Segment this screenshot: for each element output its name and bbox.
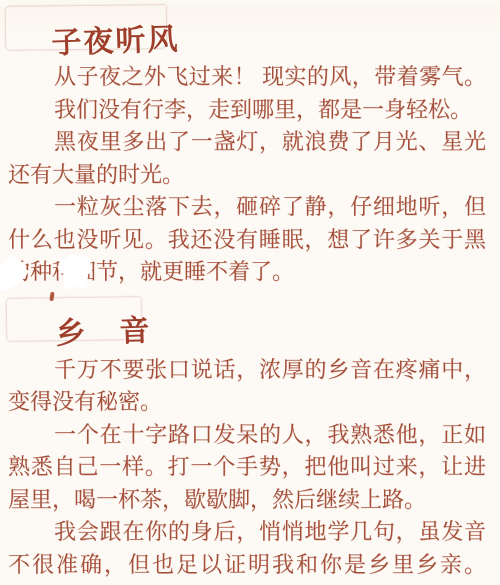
section-title: 乡 音 乡 音 bbox=[0, 256, 153, 381]
essay-line: 什么也没听见。我还没有睡眠，想了许多关于黑 bbox=[8, 224, 486, 257]
section-title-text: 乡 音 bbox=[54, 314, 151, 350]
essay-line: 不很准确，但也足以证明我和你是乡里乡亲。 bbox=[8, 549, 486, 582]
essay-line: 一个在十字路口发呆的人，我熟悉他，正如 bbox=[8, 419, 486, 452]
essay-line: 黑夜里多出了一盏灯，就浪费了月光、星光 bbox=[8, 126, 486, 159]
essay-line: 还有大量的时光。 bbox=[8, 159, 486, 192]
section-title-banner-xiangyin: 乡 音 乡 音 bbox=[7, 297, 142, 341]
essay-line: 变得没有秘密。 bbox=[8, 386, 486, 419]
essay-line: 一粒灰尘落下去，砸碎了静，仔细地听，但 bbox=[8, 191, 486, 224]
section-title-text: 子夜听风 bbox=[50, 23, 179, 60]
essay-line: 熟悉自己一样。打一个手势，把他叫过来，让进 bbox=[8, 451, 486, 484]
section-title-outline: 乡 音 bbox=[0, 258, 92, 291]
essay-xiangyin: 千万不要张口说话，浓厚的乡音在疼痛中， 变得没有秘密。 一个在十字路口发呆的人，… bbox=[8, 354, 486, 582]
essay-line: 我们没有行李，走到哪里，都是一身轻松。 bbox=[8, 94, 486, 127]
essay-line: 屋里，喝一杯茶，歇歇脚，然后继续上路。 bbox=[8, 484, 486, 517]
book-page: 子夜听风 子夜听风 从子夜之外飞过来！ 现实的风，带着雾气。 我们没有行李，走到… bbox=[0, 6, 500, 585]
section-title: 子夜听风 子夜听风 bbox=[0, 0, 180, 90]
essay-line: 我会跟在你的身后，悄悄地学几句，虽发音 bbox=[8, 516, 486, 549]
essay-ziye-tingfeng: 从子夜之外飞过来！ 现实的风，带着雾气。 我们没有行李，走到哪里，都是一身轻松。… bbox=[8, 61, 486, 289]
section-title-banner-ziye: 子夜听风 子夜听风 bbox=[6, 5, 166, 50]
